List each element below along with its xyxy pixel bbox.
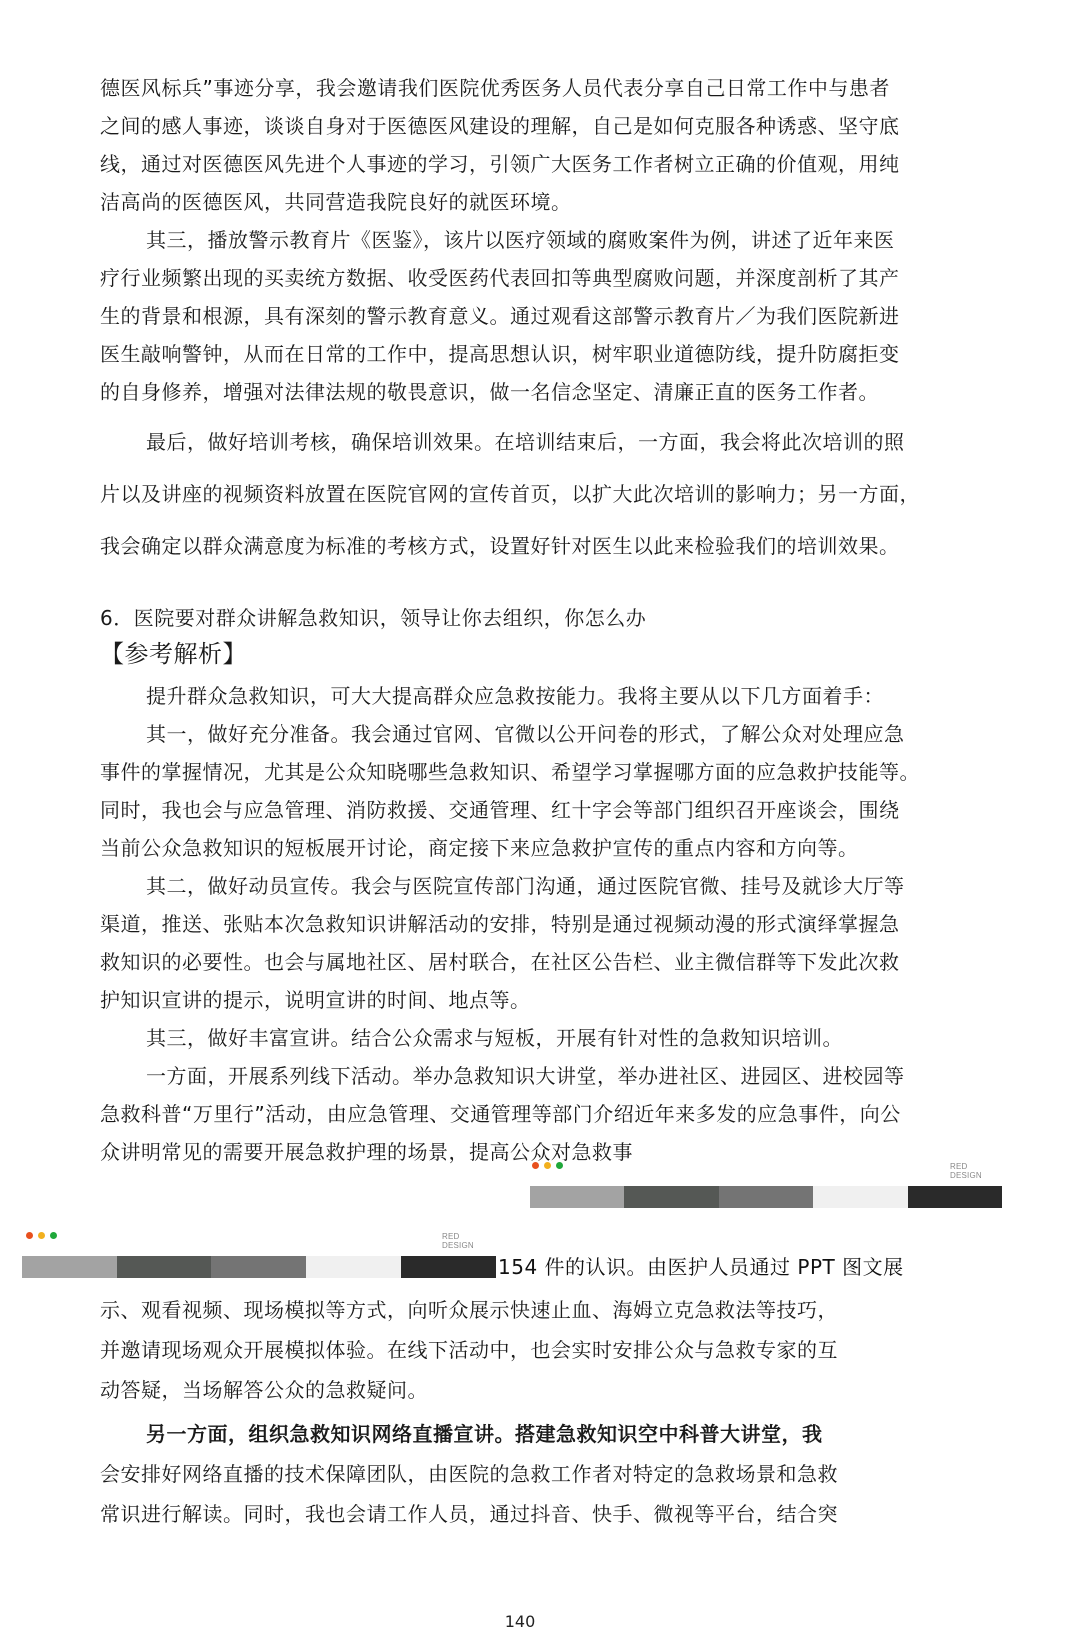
brand-label: RED DESIGN (950, 1162, 982, 1180)
window-dots (26, 1232, 57, 1239)
swatch (624, 1186, 719, 1208)
swatch-strip (530, 1186, 1002, 1208)
swatch (530, 1186, 624, 1208)
text-line: 示、观看视频、现场模拟等方式，向听众展示快速止血、海姆立克急救法等技巧， (100, 1296, 940, 1324)
text-line: 事件的掌握情况，尤其是公众知晓哪些急救知识、希望学习掌握哪方面的应急救护技能等。 (100, 758, 940, 786)
text-line: 洁高尚的医德医风，共同营造我院良好的就医环境。 (100, 188, 940, 216)
text-line: 医生敲响警钟，从而在日常的工作中，提高思想认识，树牢职业道德防线，提升防腐拒变 (100, 340, 940, 368)
text-line: 当前公众急救知识的短板展开讨论，商定接下来应急救护宣传的重点内容和方向等。 (100, 834, 940, 862)
swatch (401, 1256, 496, 1278)
text-line: 生的背景和根源，具有深刻的警示教育意义。通过观看这部警示教育片／为我们医院新进 (100, 302, 940, 330)
yellow-dot-icon (38, 1232, 45, 1239)
text-line: 众讲明常见的需要开展急救护理的场景，提高公众对急救事 (100, 1138, 940, 1166)
text-line-continuation: 154 件的认识。由医护人员通过 PPT 图文展 (498, 1253, 904, 1281)
text-line: 救知识的必要性。也会与属地社区、居村联合，在社区公告栏、业主微信群等下发此次救 (100, 948, 940, 976)
swatch (22, 1256, 117, 1278)
text-line: 动答疑，当场解答公众的急救疑问。 (100, 1376, 940, 1404)
yellow-dot-icon (544, 1162, 551, 1169)
page-number: 140 (0, 1612, 1040, 1631)
green-dot-icon (556, 1162, 563, 1169)
swatch (211, 1256, 306, 1278)
text-line: 会安排好网络直播的技术保障团队，由医院的急救工作者对特定的急救场景和急救 (100, 1460, 940, 1488)
text-line: 一方面，开展系列线下活动。举办急救知识大讲堂，举办进社区、进园区、进校园等 (146, 1062, 986, 1090)
swatch-strip (22, 1256, 496, 1278)
text-line: 同时，我也会与应急管理、消防救援、交通管理、红十字会等部门组织召开座谈会，围绕 (100, 796, 940, 824)
red-dot-icon (532, 1162, 539, 1169)
text-line: 我会确定以群众满意度为标准的考核方式，设置好针对医生以此来检验我们的培训效果。 (100, 532, 940, 560)
red-dot-icon (26, 1232, 33, 1239)
text-line: 常识进行解读。同时，我也会请工作人员，通过抖音、快手、微视等平台，结合突 (100, 1500, 940, 1528)
swatch (908, 1186, 1002, 1208)
text-line: 其一，做好充分准备。我会通过官网、官微以公开问卷的形式，了解公众对处理应急 (146, 720, 986, 748)
text-line: 护知识宣讲的提示，说明宣讲的时间、地点等。 (100, 986, 940, 1014)
question-title: 6．医院要对群众讲解急救知识，领导让你去组织，你怎么办 (100, 604, 940, 632)
text-line: 疗行业频繁出现的买卖统方数据、收受医药代表回扣等典型腐败问题，并深度剖析了其产 (100, 264, 940, 292)
swatch (813, 1186, 908, 1208)
section-heading: 【参考解析】 (100, 640, 940, 668)
text-line: 片以及讲座的视频资料放置在医院官网的宣传首页，以扩大此次培训的影响力；另一方面， (100, 480, 940, 508)
swatch (719, 1186, 813, 1208)
text-line: 最后，做好培训考核，确保培训效果。在培训结束后，一方面，我会将此次培训的照 (146, 428, 986, 456)
text-line: 另一方面，组织急救知识网络直播宣讲。搭建急救知识空中科普大讲堂，我 (146, 1420, 986, 1448)
text-line: 提升群众急救知识，可大大提高群众应急救按能力。我将主要从以下几方面着手： (146, 682, 986, 710)
text-line: 急救科普“万里行”活动，由应急管理、交通管理等部门介绍近年来多发的应急事件，向公 (100, 1100, 940, 1128)
document-page: 德医风标兵”事迹分享，我会邀请我们医院优秀医务人员代表分享自己日常工作中与患者 … (0, 0, 1080, 1642)
text-line: 线，通过对医德医风先进个人事迹的学习，引领广大医务工作者树立正确的价值观，用纯 (100, 150, 940, 178)
swatch (117, 1256, 211, 1278)
brand-label: RED DESIGN (442, 1232, 474, 1250)
text-line: 其二，做好动员宣传。我会与医院宣传部门沟通，通过医院官微、挂号及就诊大厅等 (146, 872, 986, 900)
text-line: 其三，播放警示教育片《医鉴》，该片以医疗领域的腐败案件为例，讲述了近年来医 (146, 226, 986, 254)
text-line: 的自身修养，增强对法律法规的敬畏意识，做一名信念坚定、清廉正直的医务工作者。 (100, 378, 940, 406)
text-line: 并邀请现场观众开展模拟体验。在线下活动中，也会实时安排公众与急救专家的互 (100, 1336, 940, 1364)
text-line: 之间的感人事迹，谈谈自身对于医德医风建设的理解，自己是如何克服各种诱惑、坚守底 (100, 112, 940, 140)
swatch (306, 1256, 401, 1278)
text-line: 德医风标兵”事迹分享，我会邀请我们医院优秀医务人员代表分享自己日常工作中与患者 (100, 74, 940, 102)
window-dots (532, 1162, 563, 1169)
text-line: 渠道，推送、张贴本次急救知识讲解活动的安排，特别是通过视频动漫的形式演绎掌握急 (100, 910, 940, 938)
text-line: 其三，做好丰富宣讲。结合公众需求与短板，开展有针对性的急救知识培训。 (146, 1024, 986, 1052)
green-dot-icon (50, 1232, 57, 1239)
